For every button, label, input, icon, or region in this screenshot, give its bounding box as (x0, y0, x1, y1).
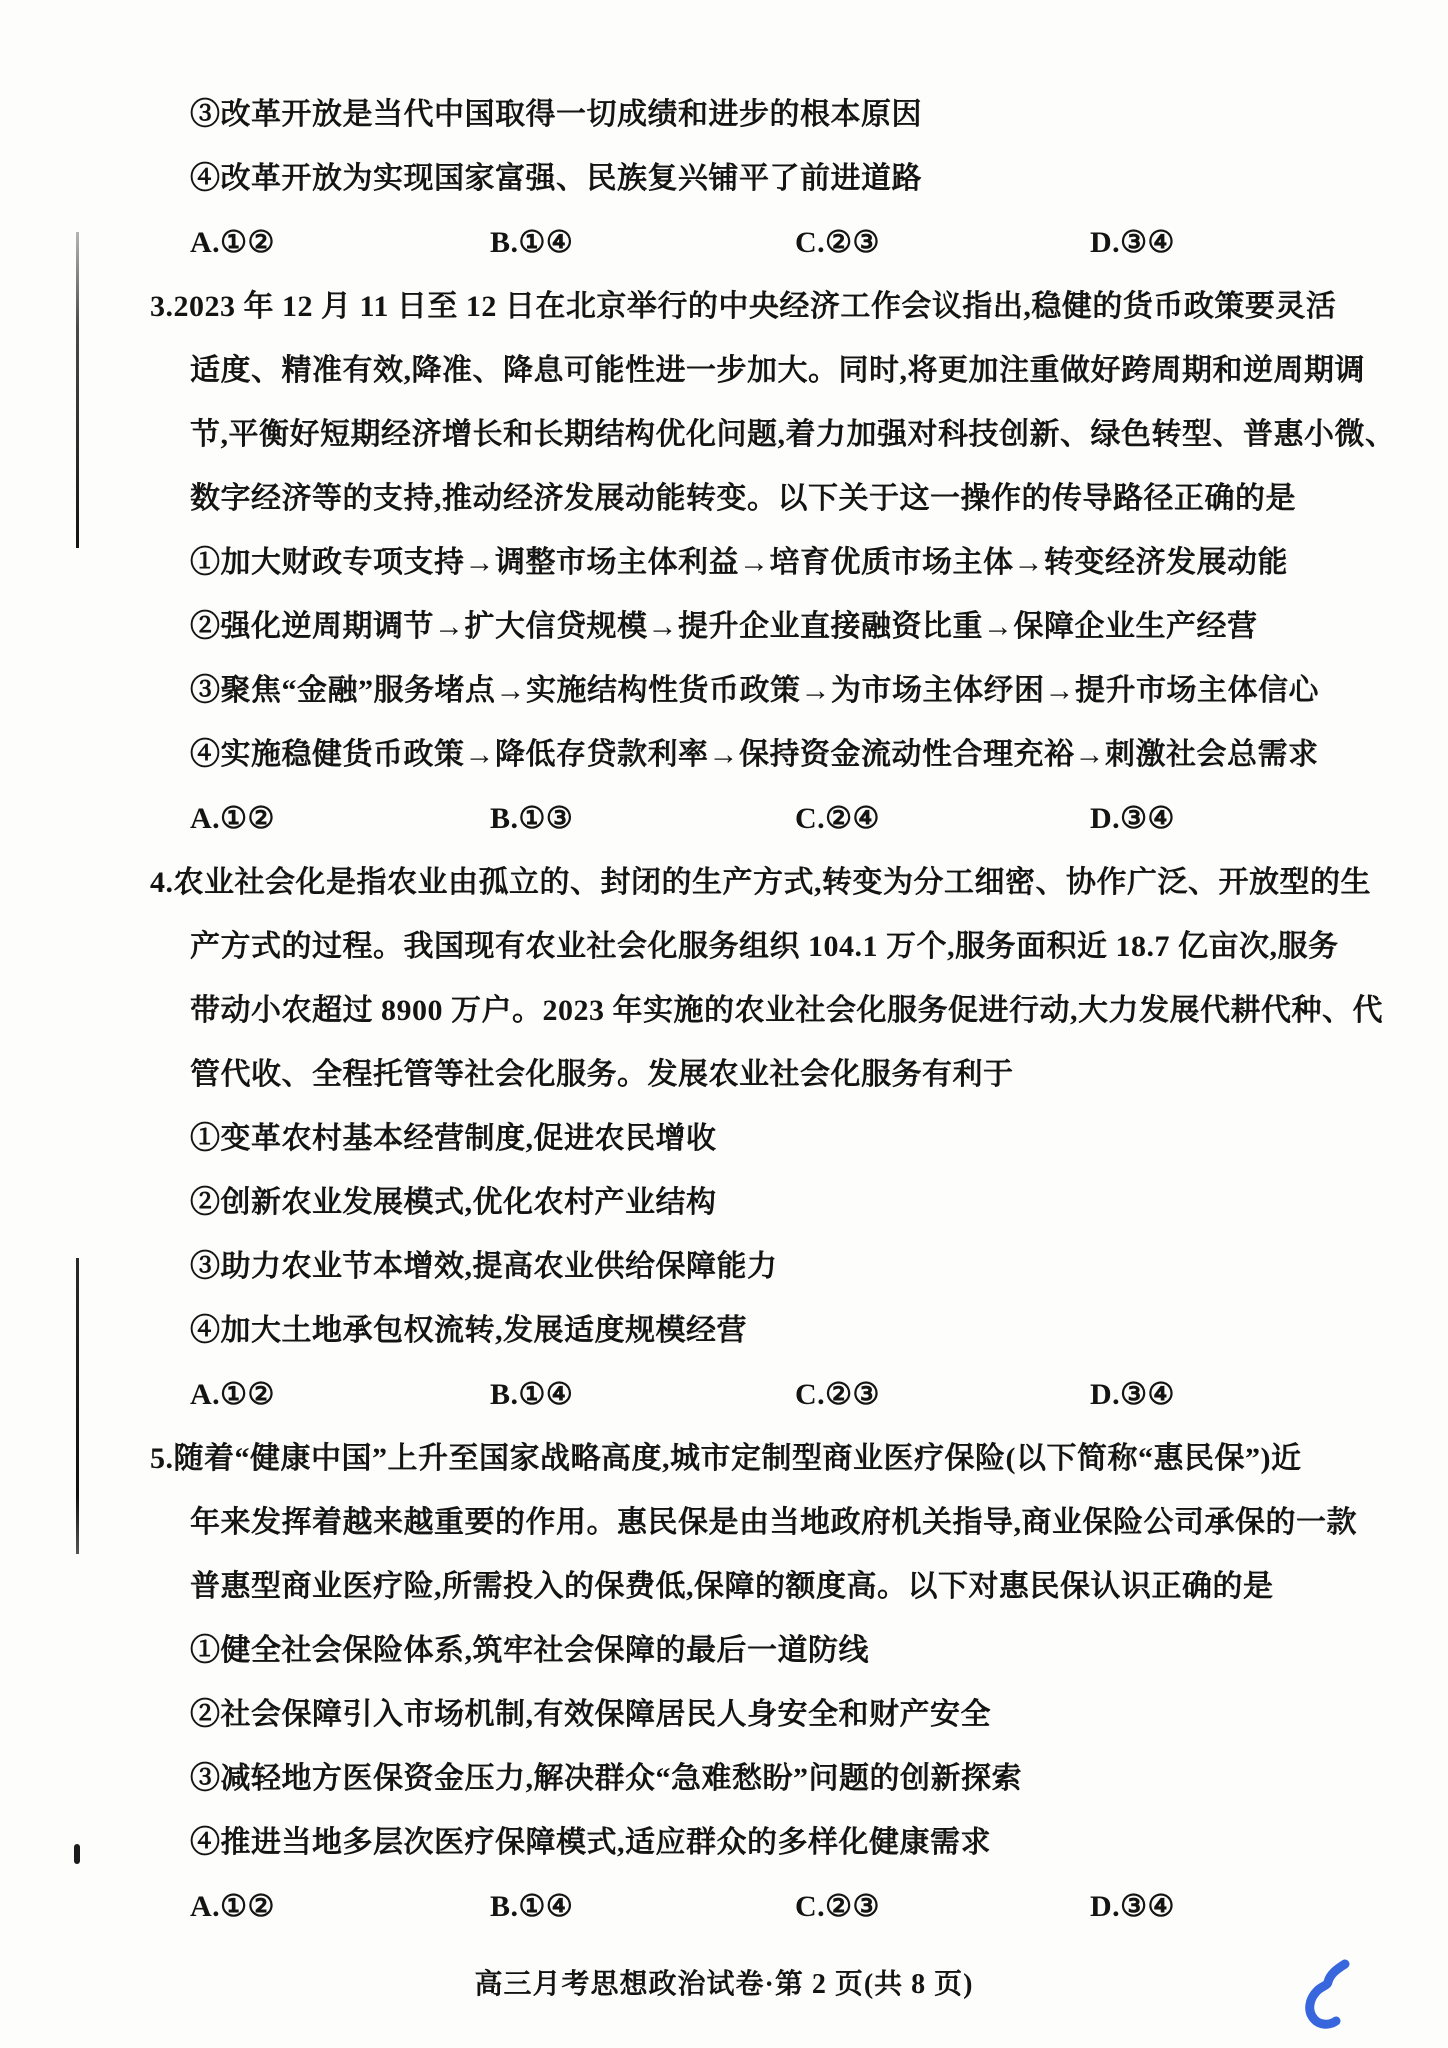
q3-stem-line-3: 节,平衡好短期经济增长和长期结构优化问题,着力加强对科技创新、绿色转型、普惠小微… (0, 403, 1448, 467)
q3-option-3: ③聚焦“金融”服务堵点→实施结构性货币政策→为市场主体纾困→提升市场主体信心 (0, 659, 1448, 723)
q4-option-4: ④加大土地承包权流转,发展适度规模经营 (0, 1299, 1448, 1363)
q2-answer-row: A.①② B.①④ C.②③ D.③④ (0, 211, 1448, 275)
exam-content: ③改革开放是当代中国取得一切成绩和进步的根本原因 ④改革开放为实现国家富强、民族… (0, 83, 1448, 1939)
q3-answer-d: D.③④ (1090, 787, 1175, 851)
q4-option-2: ②创新农业发展模式,优化农村产业结构 (0, 1171, 1448, 1235)
q4-answer-b: B.①④ (490, 1363, 795, 1427)
q2-answer-a: A.①② (190, 211, 490, 275)
q3-stem-line-4: 数字经济等的支持,推动经济发展动能转变。以下关于这一操作的传导路径正确的是 (0, 467, 1448, 531)
q5-answer-b: B.①④ (490, 1875, 795, 1939)
q5-option-2: ②社会保障引入市场机制,有效保障居民人身安全和财产安全 (0, 1683, 1448, 1747)
q4-stem-line-1: 4.农业社会化是指农业由孤立的、封闭的生产方式,转变为分工细密、协作广泛、开放型… (0, 851, 1448, 915)
q2-answer-b: B.①④ (490, 211, 795, 275)
q5-option-3: ③减轻地方医保资金压力,解决群众“急难愁盼”问题的创新探索 (0, 1747, 1448, 1811)
q4-answer-d: D.③④ (1090, 1363, 1175, 1427)
q3-option-4: ④实施稳健货币政策→降低存贷款利率→保持资金流动性合理充裕→刺激社会总需求 (0, 723, 1448, 787)
q3-answer-row: A.①② B.①③ C.②④ D.③④ (0, 787, 1448, 851)
q5-answer-c: C.②③ (795, 1875, 1090, 1939)
q2-option-4: ④改革开放为实现国家富强、民族复兴铺平了前进道路 (0, 147, 1448, 211)
q3-answer-a: A.①② (190, 787, 490, 851)
q4-stem-line-3: 带动小农超过 8900 万户。2023 年实施的农业社会化服务促进行动,大力发展… (0, 979, 1448, 1043)
q4-answer-row: A.①② B.①④ C.②③ D.③④ (0, 1363, 1448, 1427)
q5-option-4: ④推进当地多层次医疗保障模式,适应群众的多样化健康需求 (0, 1811, 1448, 1875)
q3-answer-b: B.①③ (490, 787, 795, 851)
q3-answer-c: C.②④ (795, 787, 1090, 851)
q4-answer-a: A.①② (190, 1363, 490, 1427)
q5-stem-line-1: 5.随着“健康中国”上升至国家战略高度,城市定制型商业医疗保险(以下简称“惠民保… (0, 1427, 1448, 1491)
q3-stem-line-1: 3.2023 年 12 月 11 日至 12 日在北京举行的中央经济工作会议指出… (0, 275, 1448, 339)
q5-stem-line-3: 普惠型商业医疗险,所需投入的保费低,保障的额度高。以下对惠民保认识正确的是 (0, 1555, 1448, 1619)
q3-stem-line-2: 适度、精准有效,降准、降息可能性进一步加大。同时,将更加注重做好跨周期和逆周期调 (0, 339, 1448, 403)
exam-paper-page: ③改革开放是当代中国取得一切成绩和进步的根本原因 ④改革开放为实现国家富强、民族… (0, 0, 1448, 2048)
q4-stem-line-4: 管代收、全程托管等社会化服务。发展农业社会化服务有利于 (0, 1043, 1448, 1107)
q2-answer-c: C.②③ (795, 211, 1090, 275)
q5-answer-d: D.③④ (1090, 1875, 1175, 1939)
q5-answer-a: A.①② (190, 1875, 490, 1939)
q2-answer-d: D.③④ (1090, 211, 1175, 275)
q4-stem-line-2: 产方式的过程。我国现有农业社会化服务组织 104.1 万个,服务面积近 18.7… (0, 915, 1448, 979)
blue-pen-stroke (1293, 1956, 1359, 2036)
q3-option-2: ②强化逆周期调节→扩大信贷规模→提升企业直接融资比重→保障企业生产经营 (0, 595, 1448, 659)
page-footer: 高三月考思想政治试卷·第 2 页(共 8 页) (0, 1962, 1448, 2002)
q4-option-1: ①变革农村基本经营制度,促进农民增收 (0, 1107, 1448, 1171)
q5-answer-row: A.①② B.①④ C.②③ D.③④ (0, 1875, 1448, 1939)
q2-option-3: ③改革开放是当代中国取得一切成绩和进步的根本原因 (0, 83, 1448, 147)
q5-option-1: ①健全社会保险体系,筑牢社会保障的最后一道防线 (0, 1619, 1448, 1683)
q5-stem-line-2: 年来发挥着越来越重要的作用。惠民保是由当地政府机关指导,商业保险公司承保的一款 (0, 1491, 1448, 1555)
q3-option-1: ①加大财政专项支持→调整市场主体利益→培育优质市场主体→转变经济发展动能 (0, 531, 1448, 595)
q4-option-3: ③助力农业节本增效,提高农业供给保障能力 (0, 1235, 1448, 1299)
q4-answer-c: C.②③ (795, 1363, 1090, 1427)
